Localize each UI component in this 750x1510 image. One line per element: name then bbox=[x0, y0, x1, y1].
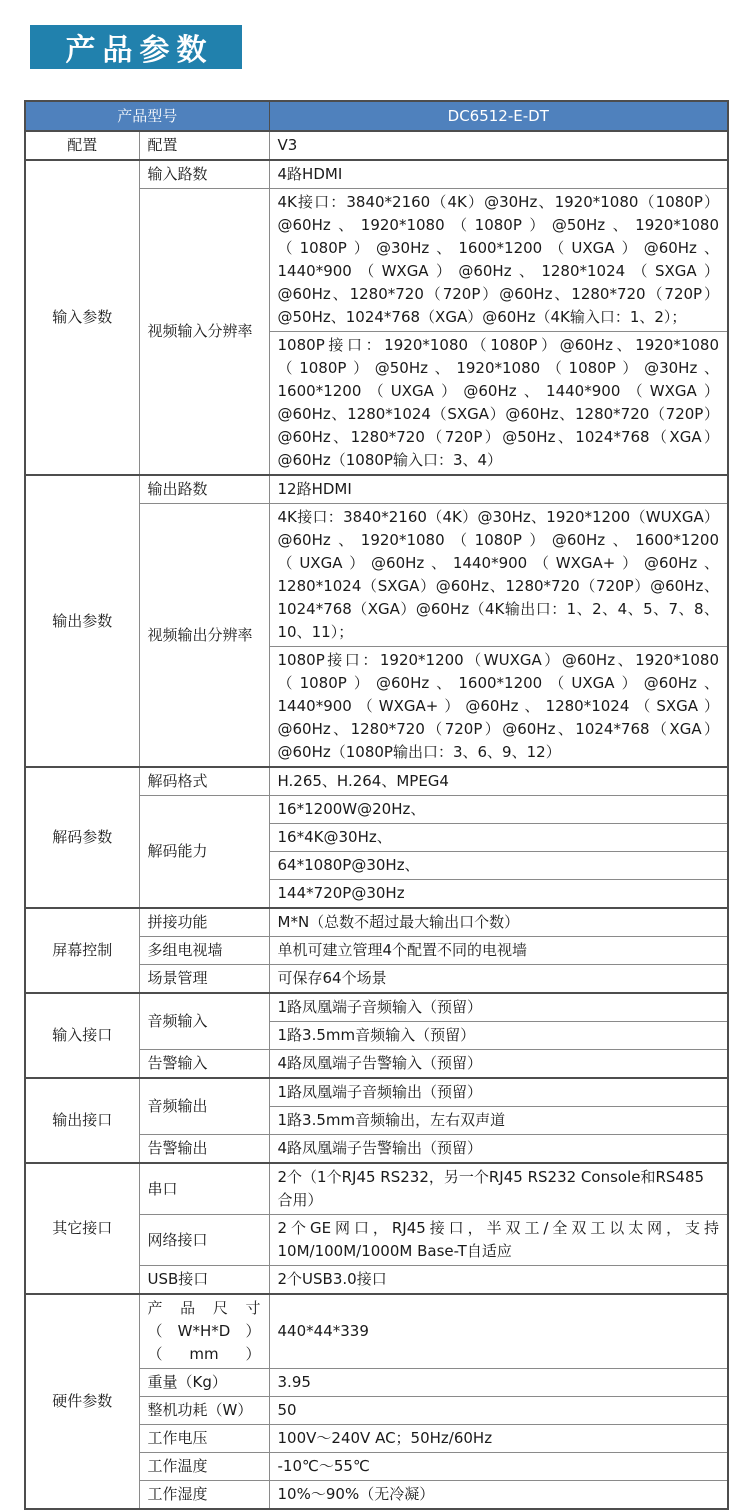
spec-value-cell: 4路凤凰端子告警输出（预留） bbox=[269, 1135, 728, 1164]
spec-value-cell: -10℃～55℃ bbox=[269, 1453, 728, 1481]
spec-value-cell: 1路3.5mm音频输出，左右双声道 bbox=[269, 1107, 728, 1135]
category-cell-screen-control: 屏幕控制 bbox=[25, 908, 139, 993]
category-cell-decode-params: 解码参数 bbox=[25, 767, 139, 908]
category-cell-input-params: 输入参数 bbox=[25, 160, 139, 475]
table-header-row: 产品型号 DC6512-E-DT bbox=[25, 101, 728, 131]
spec-value-cell: 64*1080P@30Hz、 bbox=[269, 852, 728, 880]
spec-value-cell: 可保存64个场景 bbox=[269, 965, 728, 994]
header-model-label: 产品型号 bbox=[25, 101, 269, 131]
table-row: 其它接口 串口 2个（1个RJ45 RS232，另一个RJ45 RS232 Co… bbox=[25, 1163, 728, 1215]
spec-value-cell: 4路凤凰端子告警输入（预留） bbox=[269, 1050, 728, 1079]
spec-label-cell: USB接口 bbox=[139, 1266, 269, 1295]
table-row: 输出参数 输出路数 12路HDMI bbox=[25, 475, 728, 504]
spec-value-cell: M*N（总数不超过最大输出口个数） bbox=[269, 908, 728, 937]
spec-value-cell: 4路HDMI bbox=[269, 160, 728, 189]
spec-label-cell: 场景管理 bbox=[139, 965, 269, 994]
spec-value-cell: 4K接口：3840*2160（4K）@30Hz、1920*1080（1080P）… bbox=[269, 189, 728, 332]
spec-value-cell: 单机可建立管理4个配置不同的电视墙 bbox=[269, 937, 728, 965]
spec-label-cell: 整机功耗（W） bbox=[139, 1397, 269, 1425]
spec-label-cell: 产品尺寸 （W*H*D） （mm） bbox=[139, 1294, 269, 1369]
table-row: 配置 配置 V3 bbox=[25, 131, 728, 160]
spec-label-cell: 配置 bbox=[139, 131, 269, 160]
category-cell-output-interface: 输出接口 bbox=[25, 1078, 139, 1163]
page-title: 产品参数 bbox=[30, 25, 242, 69]
table-row: 输入接口 音频输入 1路凤凰端子音频输入（预留） bbox=[25, 993, 728, 1022]
spec-label-cell: 告警输出 bbox=[139, 1135, 269, 1164]
spec-label-cell: 多组电视墙 bbox=[139, 937, 269, 965]
spec-value-cell: 4K接口：3840*2160（4K）@30Hz、1920*1200（WUXGA）… bbox=[269, 504, 728, 647]
spec-value-cell: H.265、H.264、MPEG4 bbox=[269, 767, 728, 796]
spec-label-cell: 工作温度 bbox=[139, 1453, 269, 1481]
spec-value-cell: 1路3.5mm音频输入（预留） bbox=[269, 1022, 728, 1050]
spec-value-cell: 12路HDMI bbox=[269, 475, 728, 504]
spec-value-cell: 2个USB3.0接口 bbox=[269, 1266, 728, 1295]
spec-label-cell: 音频输出 bbox=[139, 1078, 269, 1135]
product-spec-table: 产品型号 DC6512-E-DT 配置 配置 V3 输入参数 输入路数 4路HD… bbox=[24, 100, 729, 1510]
spec-value-cell: 2个GE网口，RJ45接口，半双工/全双工以太网，支持10M/100M/1000… bbox=[269, 1215, 728, 1266]
spec-value-cell: 100V～240V AC；50Hz/60Hz bbox=[269, 1425, 728, 1453]
spec-value-cell: 144*720P@30Hz bbox=[269, 880, 728, 909]
spec-label-cell: 视频输入分辨率 bbox=[139, 189, 269, 476]
spec-label-cell: 工作湿度 bbox=[139, 1481, 269, 1510]
table-row: 输出接口 音频输出 1路凤凰端子音频输出（预留） bbox=[25, 1078, 728, 1107]
table-row: 硬件参数 产品尺寸 （W*H*D） （mm） 440*44*339 bbox=[25, 1294, 728, 1369]
header-model-value: DC6512-E-DT bbox=[269, 101, 728, 131]
category-cell-hardware-params: 硬件参数 bbox=[25, 1294, 139, 1509]
spec-value-cell: 16*4K@30Hz、 bbox=[269, 824, 728, 852]
spec-value-cell: 16*1200W@20Hz、 bbox=[269, 796, 728, 824]
spec-value-cell: 50 bbox=[269, 1397, 728, 1425]
spec-value-cell: 1路凤凰端子音频输入（预留） bbox=[269, 993, 728, 1022]
category-cell-config: 配置 bbox=[25, 131, 139, 160]
spec-label-cell: 解码能力 bbox=[139, 796, 269, 909]
spec-label-cell: 告警输入 bbox=[139, 1050, 269, 1079]
category-cell-input-interface: 输入接口 bbox=[25, 993, 139, 1078]
spec-label-cell: 工作电压 bbox=[139, 1425, 269, 1453]
category-cell-output-params: 输出参数 bbox=[25, 475, 139, 767]
spec-label-cell: 输入路数 bbox=[139, 160, 269, 189]
spec-label-cell: 拼接功能 bbox=[139, 908, 269, 937]
table-row: 解码参数 解码格式 H.265、H.264、MPEG4 bbox=[25, 767, 728, 796]
spec-value-cell: 440*44*339 bbox=[269, 1294, 728, 1369]
spec-label-cell: 串口 bbox=[139, 1163, 269, 1215]
spec-label-cell: 视频输出分辨率 bbox=[139, 504, 269, 768]
spec-label-cell: 音频输入 bbox=[139, 993, 269, 1050]
spec-value-cell: 1路凤凰端子音频输出（预留） bbox=[269, 1078, 728, 1107]
table-row: 屏幕控制 拼接功能 M*N（总数不超过最大输出口个数） bbox=[25, 908, 728, 937]
spec-label-cell: 解码格式 bbox=[139, 767, 269, 796]
table-row: 输入参数 输入路数 4路HDMI bbox=[25, 160, 728, 189]
spec-value-cell: 1080P接口：1920*1200（WUXGA）@60Hz、1920*1080（… bbox=[269, 647, 728, 768]
spec-value-cell: 1080P接口：1920*1080（1080P）@60Hz、1920*1080（… bbox=[269, 332, 728, 476]
spec-label-cell: 重量（Kg） bbox=[139, 1369, 269, 1397]
spec-value-cell: 10%～90%（无冷凝） bbox=[269, 1481, 728, 1510]
spec-label-cell: 输出路数 bbox=[139, 475, 269, 504]
category-cell-other-interface: 其它接口 bbox=[25, 1163, 139, 1294]
spec-value-cell: 2个（1个RJ45 RS232，另一个RJ45 RS232 Console和RS… bbox=[269, 1163, 728, 1215]
spec-value-cell: 3.95 bbox=[269, 1369, 728, 1397]
spec-label-cell: 网络接口 bbox=[139, 1215, 269, 1266]
spec-value-cell: V3 bbox=[269, 131, 728, 160]
